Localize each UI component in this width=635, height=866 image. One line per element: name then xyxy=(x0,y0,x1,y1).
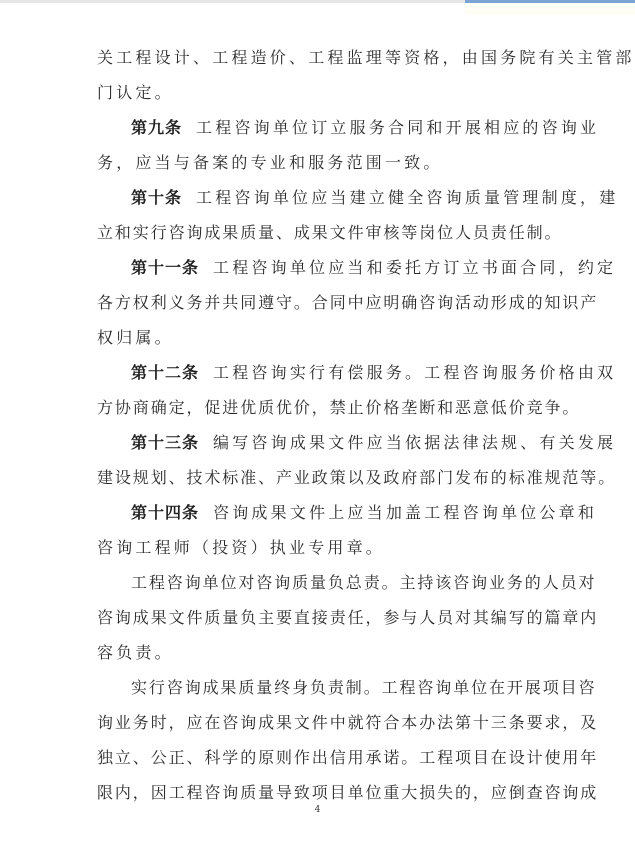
text-line: 权归属。 xyxy=(97,320,539,355)
article-number: 第十二条 xyxy=(131,363,199,382)
text-line: 建设规划、技术标准、产业政策以及政府部门发布的标准规范等。 xyxy=(97,460,539,495)
text-line: 询业务时，应在咨询成果文件中就符合本办法第十三条要求，及 xyxy=(97,705,539,740)
article-number: 第十四条 xyxy=(131,503,199,522)
article-number: 第九条 xyxy=(131,118,182,137)
text-line: 咨询成果文件质量负主要直接责任，参与人员对其编写的篇章内 xyxy=(97,600,539,635)
text-line: 工程咨询单位订立服务合同和开展相应的咨询业 xyxy=(196,118,599,137)
text-line: 独立、公正、科学的原则作出信用承诺。工程项目在设计使用年 xyxy=(97,740,539,775)
article-number: 第十一条 xyxy=(131,258,199,277)
text-line: 编写咨询成果文件应当依据法律法规、有关发展 xyxy=(213,433,616,452)
text-line: 方协商确定，促进优质优价，禁止价格垄断和恶意低价竞争。 xyxy=(97,390,539,425)
article-number: 第十条 xyxy=(131,188,182,207)
text-line: 立和实行咨询成果质量、成果文件审核等岗位人员责任制。 xyxy=(97,215,539,250)
article-12-first-line: 第十二条工程咨询实行有偿服务。工程咨询服务价格由双 xyxy=(97,355,539,390)
text-line: 各方权利义务并共同遵守。合同中应明确咨询活动形成的知识产 xyxy=(97,285,539,320)
text-line: 工程咨询单位对咨询质量负总责。主持该咨询业务的人员对 xyxy=(97,565,539,600)
text-line: 关工程设计、工程造价、工程监理等资格，由国务院有关主管部 xyxy=(97,40,539,75)
text-line: 咨询成果文件上应当加盖工程咨询单位公章和 xyxy=(213,503,597,522)
article-9-first-line: 第九条工程咨询单位订立服务合同和开展相应的咨询业 xyxy=(97,110,539,145)
article-number: 第十三条 xyxy=(131,433,199,452)
text-line: 工程咨询实行有偿服务。工程咨询服务价格由双 xyxy=(213,363,616,382)
top-accent-shadow xyxy=(465,3,635,15)
text-line: 咨询工程师（投资）执业专用章。 xyxy=(97,530,539,565)
text-line: 工程咨询单位应当和委托方订立书面合同，约定 xyxy=(213,258,616,277)
top-divider xyxy=(0,0,465,3)
article-10-first-line: 第十条工程咨询单位应当建立健全咨询质量管理制度，建 xyxy=(97,180,539,215)
text-line: 务，应当与备案的专业和服务范围一致。 xyxy=(97,145,539,180)
article-14-first-line: 第十四条咨询成果文件上应当加盖工程咨询单位公章和 xyxy=(97,495,539,530)
text-line: 容负责。 xyxy=(97,635,539,670)
text-line: 工程咨询单位应当建立健全咨询质量管理制度，建 xyxy=(196,188,618,207)
text-line: 门认定。 xyxy=(97,75,539,110)
article-11-first-line: 第十一条工程咨询单位应当和委托方订立书面合同，约定 xyxy=(97,250,539,285)
document-page-body: 关工程设计、工程造价、工程监理等资格，由国务院有关主管部 门认定。 第九条工程咨… xyxy=(97,40,539,810)
article-13-first-line: 第十三条编写咨询成果文件应当依据法律法规、有关发展 xyxy=(97,425,539,460)
text-line: 实行咨询成果质量终身负责制。工程咨询单位在开展项目咨 xyxy=(97,670,539,705)
page-number: 4 xyxy=(0,805,635,815)
